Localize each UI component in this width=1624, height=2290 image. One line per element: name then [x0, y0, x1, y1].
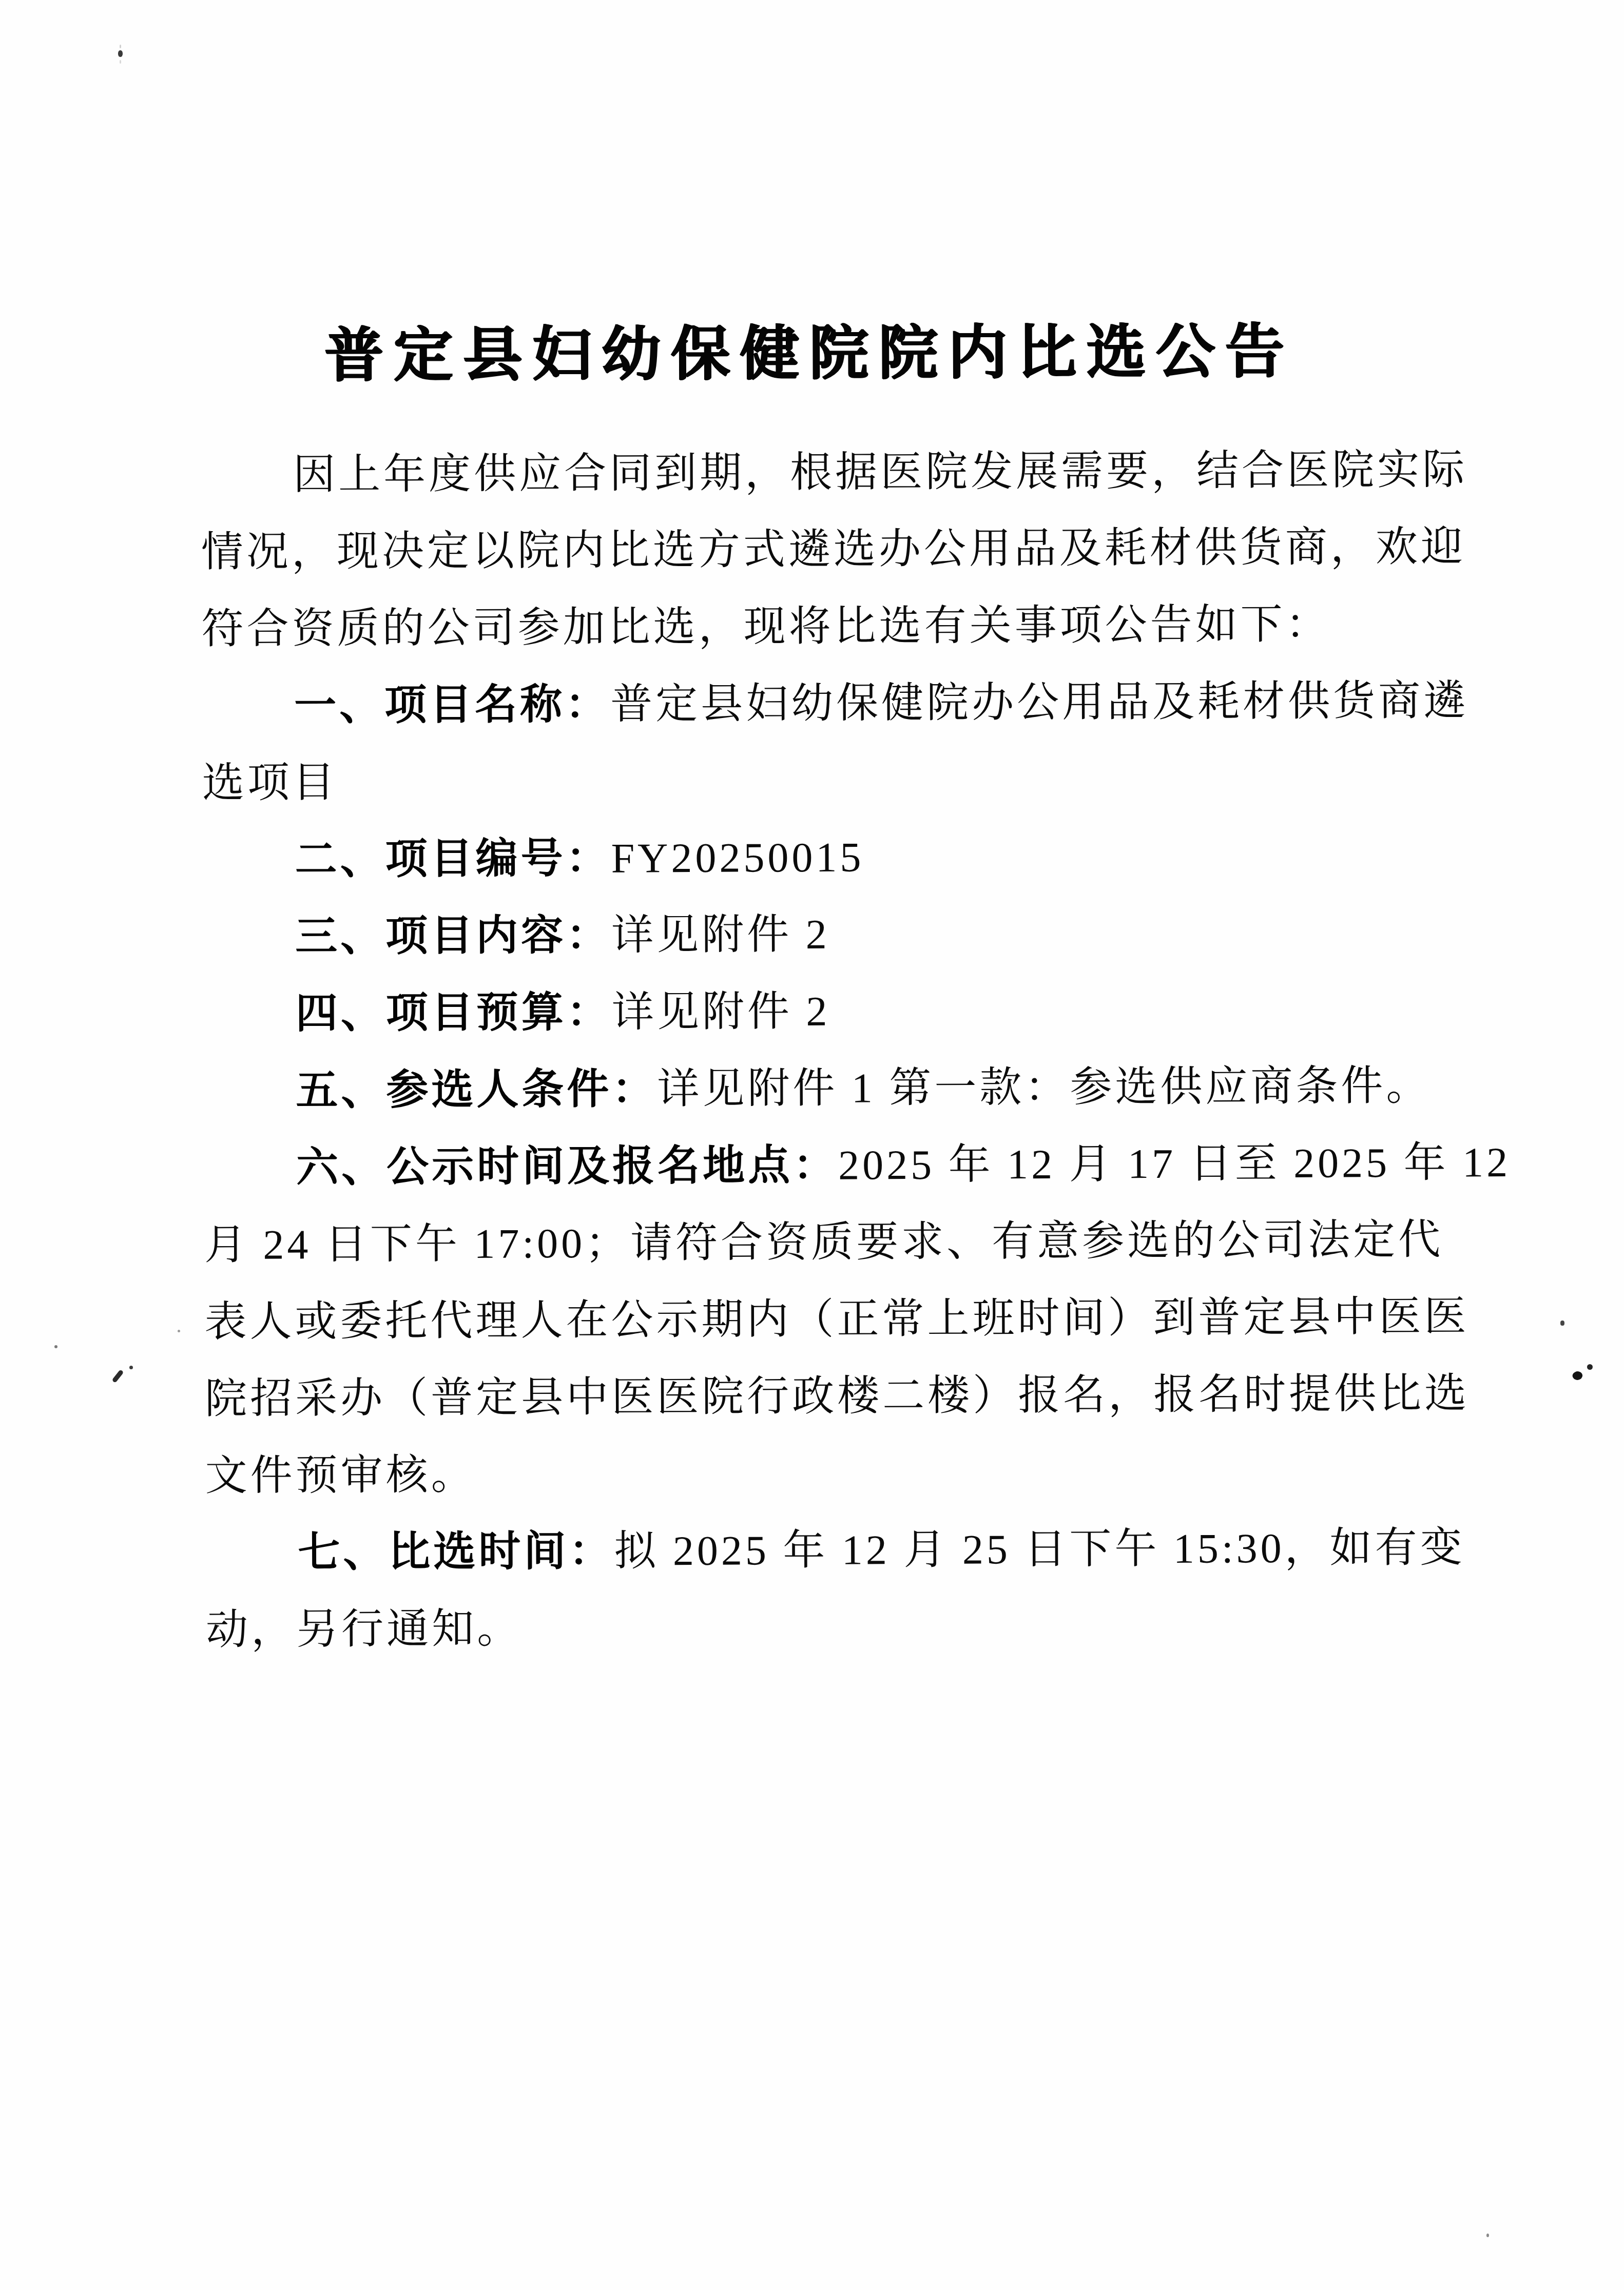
item-4-label: 四、项目预算：: [296, 989, 612, 1037]
item-2-project-number: 二、项目编号：FY20250015: [202, 816, 1471, 899]
scan-speck: [1560, 1321, 1564, 1326]
page-background: 普定县妇幼保健院院内比选公告 因上年度供应合同到期，根据医院发展需要，结合医院实…: [0, 0, 1624, 2290]
intro-line-1-text: 因上年度供应合同到期，根据医院发展需要，结合医院实际: [293, 446, 1467, 498]
document-body: 因上年度供应合同到期，根据医院发展需要，结合医院实际 情况，现决定以院内比选方式…: [201, 431, 1474, 1668]
item-6-wrap-3: 院招采办（普定县中医医院行政楼二楼）报名，报名时提供比选: [205, 1355, 1473, 1438]
item-4-value: 详见附件 2: [612, 988, 830, 1036]
scan-speck: [1587, 1364, 1593, 1370]
item-6-wrap-3-text: 院招采办（普定县中医医院行政楼二楼）报名，报名时提供比选: [205, 1370, 1470, 1422]
document-content: 普定县妇幼保健院院内比选公告 因上年度供应合同到期，根据医院发展需要，结合医院实…: [0, 0, 1624, 2290]
item-7-label: 七、比选时间：: [298, 1528, 614, 1576]
item-3-project-content: 三、项目内容：详见附件 2: [203, 893, 1471, 976]
item-2-label: 二、项目编号：: [295, 835, 611, 883]
scan-speck: [129, 1366, 133, 1369]
item-1-label: 一、项目名称：: [294, 681, 610, 729]
item-7-wrap-text: 动，另行通知。: [206, 1605, 522, 1653]
scan-speck: [118, 50, 123, 57]
item-6-label: 六、公示时间及报名地点：: [296, 1142, 838, 1191]
item-7-value: 拟 2025 年 12 月 25 日下午 15:30，如有变: [614, 1524, 1465, 1574]
item-5-label: 五、参选人条件：: [296, 1065, 657, 1114]
item-1-project-name: 一、项目名称：普定县妇幼保健院办公用品及耗材供货商遴: [202, 662, 1470, 745]
item-5-participant-conditions: 五、参选人条件：详见附件 1 第一款：参选供应商条件。: [203, 1047, 1472, 1130]
item-6-wrap-1-text: 月 24 日下午 17:00；请符合资质要求、有意参选的公司法定代: [204, 1216, 1444, 1269]
intro-line-3-text: 符合资质的公司参加比选，现将比选有关事项公告如下：: [201, 601, 1330, 653]
document-title: 普定县妇幼保健院院内比选公告: [0, 316, 1622, 392]
item-6-wrap-4-text: 文件预审核。: [205, 1451, 476, 1499]
item-7-selection-time: 七、比选时间：拟 2025 年 12 月 25 日下午 15:30，如有变: [205, 1509, 1474, 1592]
intro-line-3: 符合资质的公司参加比选，现将比选有关事项公告如下：: [201, 585, 1470, 668]
scan-speck: [178, 1330, 180, 1332]
item-4-project-budget: 四、项目预算：详见附件 2: [203, 970, 1471, 1053]
item-2-value: FY20250015: [611, 834, 864, 882]
item-3-value: 详见附件 2: [611, 911, 830, 959]
item-6-value: 2025 年 12 月 17 日至 2025 年 12: [838, 1139, 1511, 1189]
item-6-time-and-location: 六、公示时间及报名地点：2025 年 12 月 17 日至 2025 年 12: [204, 1124, 1472, 1207]
intro-line-2: 情况，现决定以院内比选方式遴选办公用品及耗材供货商，欢迎: [201, 508, 1470, 591]
item-1-value: 普定县妇幼保健院办公用品及耗材供货商遴: [610, 677, 1468, 727]
intro-line-1: 因上年度供应合同到期，根据医院发展需要，结合医院实际: [201, 431, 1469, 514]
item-6-wrap-2-text: 表人或委托代理人在公示期内（正常上班时间）到普定县中医医: [204, 1293, 1469, 1345]
item-1-project-name-wrap: 选项目: [202, 739, 1471, 822]
item-6-wrap-1: 月 24 日下午 17:00；请符合资质要求、有意参选的公司法定代: [204, 1201, 1472, 1284]
intro-line-2-text: 情况，现决定以院内比选方式遴选办公用品及耗材供货商，欢迎: [201, 523, 1466, 575]
item-7-wrap: 动，另行通知。: [206, 1586, 1474, 1668]
item-1-value-wrap: 选项目: [202, 759, 338, 806]
scan-speck: [1486, 2234, 1489, 2237]
item-6-wrap-2: 表人或委托代理人在公示期内（正常上班时间）到普定县中医医: [204, 1278, 1473, 1361]
scan-speck: [54, 1345, 57, 1348]
item-5-value: 详见附件 1 第一款：参选供应商条件。: [657, 1062, 1431, 1113]
item-6-wrap-4: 文件预审核。: [205, 1432, 1473, 1515]
scanned-document: { "doc": { "title": "普定县妇幼保健院院内比选公告", "l…: [0, 0, 1624, 2290]
item-3-label: 三、项目内容：: [295, 912, 611, 960]
